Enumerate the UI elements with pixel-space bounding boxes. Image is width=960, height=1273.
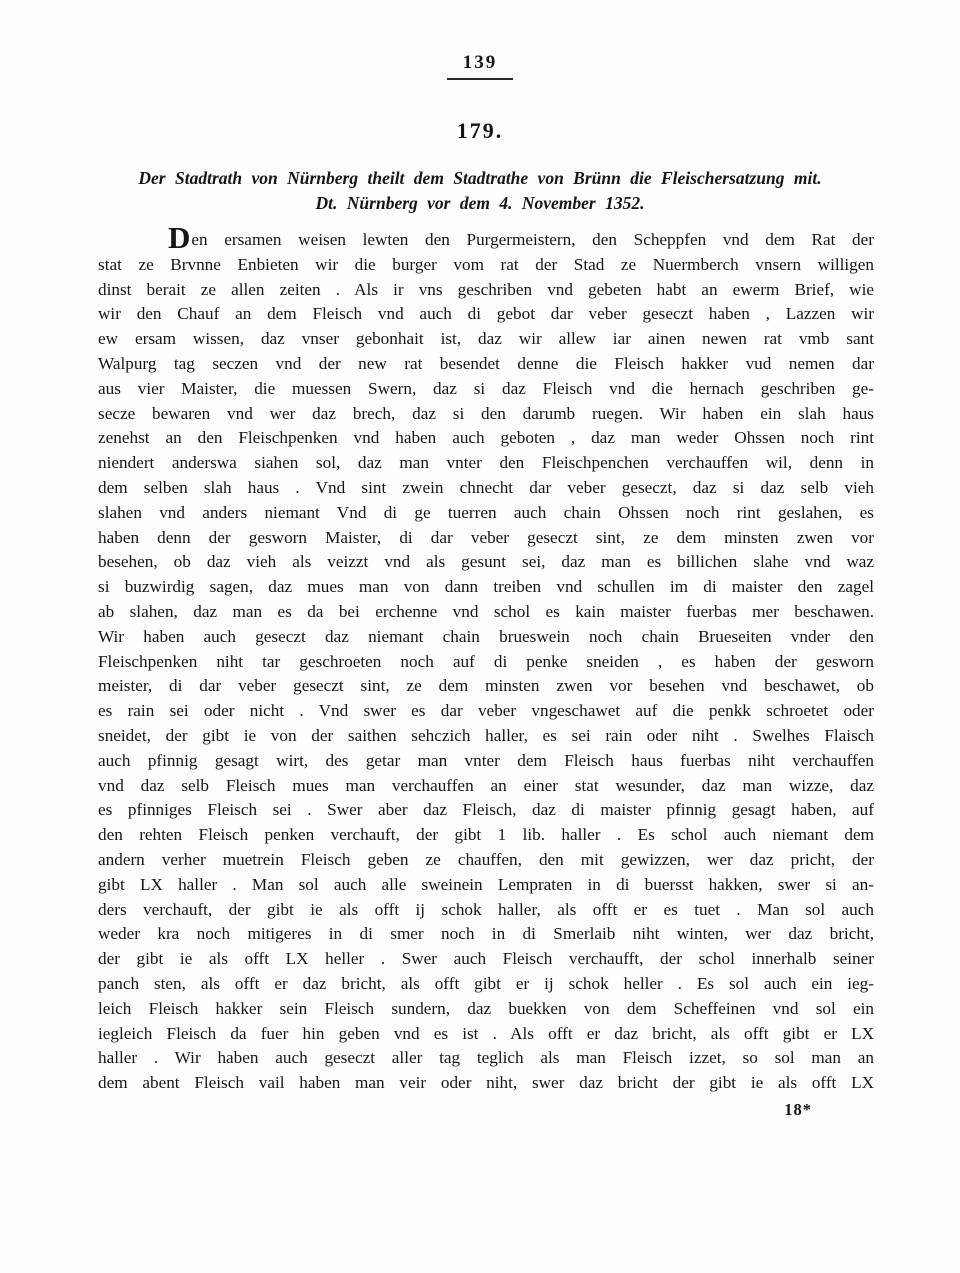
body-line: aus vier Maister, die muessen Swern, daz… bbox=[98, 377, 874, 402]
body-line: weder kra noch mitigeres in di smer noch… bbox=[98, 922, 874, 947]
section-number: 179. bbox=[0, 118, 960, 144]
body-line: meister, di dar veber geseczt sint, ze d… bbox=[98, 674, 874, 699]
body-first-line-text: en ersamen weisen lewten den Purgermeist… bbox=[191, 230, 874, 249]
body-line: haben denn der gesworn Maister, di dar v… bbox=[98, 526, 874, 551]
document-heading: Der Stadtrath von Nürnberg theilt dem St… bbox=[0, 166, 960, 216]
body-line: gibt LX haller . Man sol auch alle swein… bbox=[98, 873, 874, 898]
body-line: den rehten Fleisch penken verchauft, der… bbox=[98, 823, 874, 848]
body-line: wir den Chauf an dem Fleisch vnd auch di… bbox=[98, 302, 874, 327]
body-line: Fleischpenken niht tar geschroeten noch … bbox=[98, 650, 874, 675]
document-page: 139 179. Der Stadtrath von Nürnberg thei… bbox=[0, 0, 960, 1273]
body-line: si buzwirdig sagen, daz mues man von dan… bbox=[98, 575, 874, 600]
body-line: leich Fleisch hakker sein Fleisch sunder… bbox=[98, 997, 874, 1022]
body-line: auch pfinnig gesagt wirt, des getar man … bbox=[98, 749, 874, 774]
drop-cap-initial: D bbox=[168, 220, 191, 255]
printer-signature-mark: 18* bbox=[0, 1100, 960, 1120]
body-lines: stat ze Brvnne Enbieten wir die burger v… bbox=[98, 253, 874, 1096]
body-line: ab slahen, daz man es da bei erchenne vn… bbox=[98, 600, 874, 625]
body-line: panch sten, als offt er daz bricht, als … bbox=[98, 972, 874, 997]
body-line: ders verchauft, der gibt ie als offt ij … bbox=[98, 898, 874, 923]
body-line: sneidet, der gibt ie von der saithen seh… bbox=[98, 724, 874, 749]
body-line: Wir haben auch geseczt daz niemant chain… bbox=[98, 625, 874, 650]
body-first-line: Den ersamen weisen lewten den Purgermeis… bbox=[98, 228, 874, 253]
body-line: besehen, ob daz vieh als veizzt vnd als … bbox=[98, 550, 874, 575]
page-number-wrap: 139 bbox=[0, 52, 960, 80]
body-line: es pfinniges Fleisch sei . Swer aber daz… bbox=[98, 798, 874, 823]
body-line: niendert anderswa siahen sol, daz man vn… bbox=[98, 451, 874, 476]
body-line: es rain sei oder nicht . Vnd swer es dar… bbox=[98, 699, 874, 724]
body-line: haller . Wir haben auch geseczt aller ta… bbox=[98, 1046, 874, 1071]
body-line: vnd daz selb Fleisch mues man verchauffe… bbox=[98, 774, 874, 799]
body-line: ew ersam wissen, daz vnser gebonhait ist… bbox=[98, 327, 874, 352]
body-line: stat ze Brvnne Enbieten wir die burger v… bbox=[98, 253, 874, 278]
body-line: dinst berait ze allen zeiten . Als ir vn… bbox=[98, 278, 874, 303]
body-line: slahen vnd anders niemant Vnd di ge tuer… bbox=[98, 501, 874, 526]
body-line: secze bewaren vnd wer daz brech, daz si … bbox=[98, 402, 874, 427]
page-number: 139 bbox=[447, 52, 514, 80]
body-line: dem abent Fleisch vail haben man veir od… bbox=[98, 1071, 874, 1096]
body-text: Den ersamen weisen lewten den Purgermeis… bbox=[0, 228, 960, 1096]
body-line: zenehst an den Fleischpenken vnd haben a… bbox=[98, 426, 874, 451]
body-line: andern verher muetrein Fleisch geben ze … bbox=[98, 848, 874, 873]
body-line: der gibt ie als offt LX heller . Swer au… bbox=[98, 947, 874, 972]
body-line: Walpurg tag seczen vnd der new rat besen… bbox=[98, 352, 874, 377]
heading-line-2: Dt. Nürnberg vor dem 4. November 1352. bbox=[0, 191, 960, 216]
heading-line-1: Der Stadtrath von Nürnberg theilt dem St… bbox=[0, 166, 960, 191]
body-line: dem selben slah haus . Vnd sint zwein ch… bbox=[98, 476, 874, 501]
body-line: iegleich Fleisch da fuer hin geben vnd e… bbox=[98, 1022, 874, 1047]
